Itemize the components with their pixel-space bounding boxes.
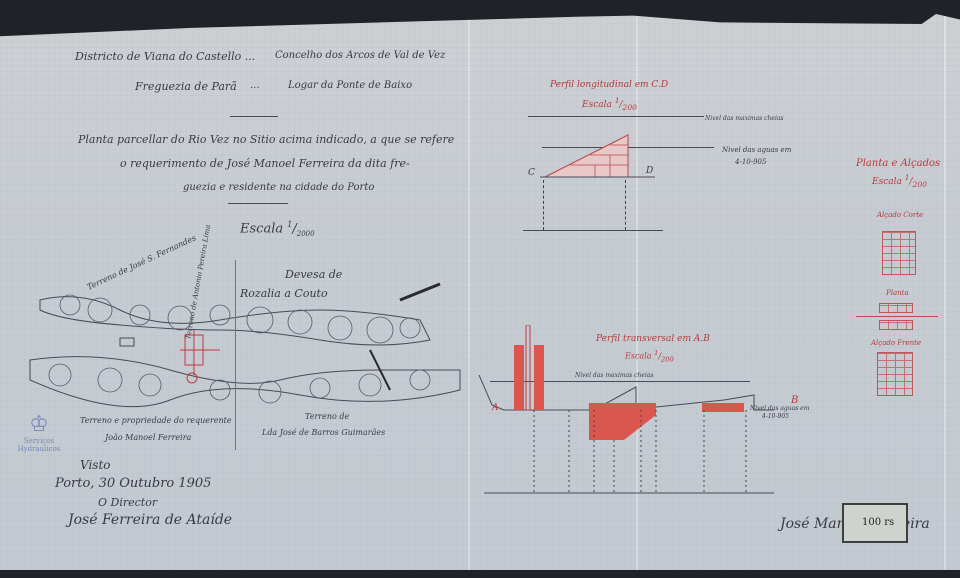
point-d: D (646, 166, 653, 176)
scale-text: Escala (582, 100, 612, 110)
elevation-side-drawing (877, 352, 913, 396)
plan-elevation-title: Planta e Alçados (856, 158, 940, 169)
revenue-stamp: 100 rs (842, 503, 908, 543)
scale-numerator: 1 (615, 96, 620, 105)
municipality-label: Concelho dos Arcos de Val de Vez (275, 50, 445, 61)
official-seal: ♔ Serviços Hydraulicos (8, 412, 70, 456)
director-role: O Director (98, 496, 157, 509)
profile-ab-drawing (474, 325, 774, 505)
scale-text: Escala (240, 221, 283, 236)
profile-cd-water-level-1: Nivel das aguas em (722, 146, 791, 154)
map-label-bottom-left-2: João Manoel Ferreira (105, 433, 191, 442)
elevation-front-drawing (882, 231, 916, 275)
profile-cd-max-level: Nivel das maximas cheias (705, 115, 784, 122)
stamp-value: 100 rs (862, 517, 894, 528)
scale-denominator: 200 (623, 103, 637, 112)
plan-drawing-top (879, 303, 913, 313)
profile-cd-water-level-2: 4-10-905 (735, 158, 766, 166)
dimension-line (625, 180, 626, 230)
place-label: Logar da Ponte de Baixo (288, 80, 412, 91)
crown-icon: ♔ (8, 412, 70, 437)
plan-elevation-scale: Escala 1/200 (872, 173, 927, 189)
approval-date: Porto, 30 Outubro 1905 (55, 476, 211, 491)
district-label: Districto de Viana do Castello ... (75, 50, 255, 63)
scale-label: Escala 1/2000 (240, 220, 315, 238)
title-line-3: guezia e residente na cidade do Porto (183, 182, 374, 193)
elevation-front-label: Alçado Corte (877, 211, 923, 219)
river-map (20, 280, 470, 430)
profile-ab-water-level-2: 4-10-905 (762, 413, 789, 420)
scale-denominator: 200 (913, 180, 927, 189)
baseline (523, 230, 663, 231)
elevation-side-label: Alçado Frente (871, 339, 921, 347)
plan-label: Planta (886, 289, 909, 297)
divider (230, 116, 278, 117)
separator: ... (250, 80, 260, 91)
plan-drawing-bottom (879, 320, 913, 330)
scale-text: Escala (872, 177, 902, 187)
dimension-line (543, 180, 544, 230)
scale-numerator: 1 (287, 220, 292, 229)
profile-ab-water-level-1: Nivel das aguas em (750, 405, 809, 412)
max-flood-line (528, 116, 704, 117)
seal-text: Serviços Hydraulicos (8, 437, 70, 453)
divider (228, 203, 288, 204)
profile-cd-scale: Escala 1/200 (582, 96, 637, 112)
title-line-2: o requerimento de José Manoel Ferreira d… (120, 157, 410, 170)
parish-label: Freguezia de Parã (135, 80, 237, 93)
property-line (235, 260, 236, 450)
director-signature: José Ferreira de Ataíde (68, 512, 232, 528)
point-a: A (492, 403, 499, 413)
plan-axis-line (856, 316, 938, 317)
point-c: C (528, 168, 535, 178)
title-line-1: Planta parcellar do Rio Vez no Sitio aci… (78, 133, 454, 146)
profile-cd-title: Perfil longitudinal em C.D (550, 80, 668, 90)
fold-line (944, 14, 946, 570)
scale-numerator: 1 (905, 173, 910, 182)
scale-denominator: 2000 (297, 230, 315, 238)
visto-label: Visto (80, 458, 111, 472)
profile-cd-drawing (540, 130, 660, 180)
